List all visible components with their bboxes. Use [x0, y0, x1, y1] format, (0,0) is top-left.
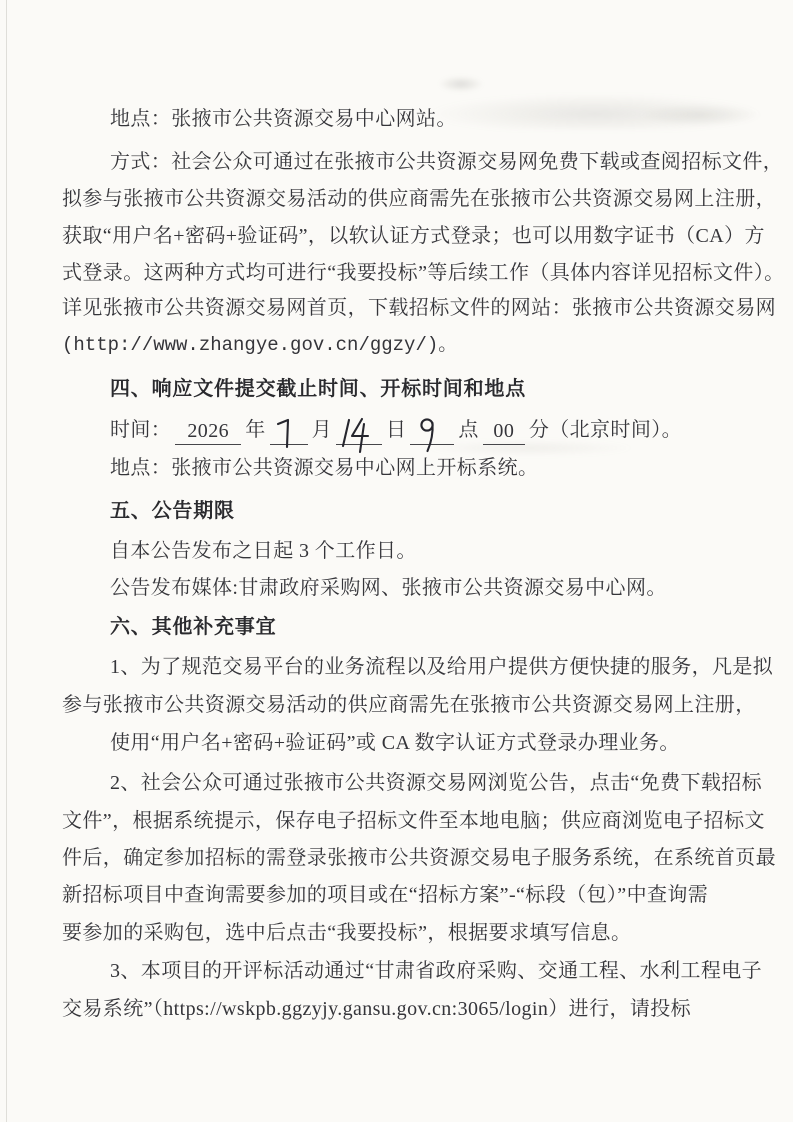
doc-line: 3、本项目的开评标活动通过“甘肃省政府采购、交通工程、水利工程电子	[62, 956, 782, 986]
doc-line: 新招标项目中查询需要参加的项目或在“招标方案”-“标段（包）”中查询需	[62, 880, 734, 910]
doc-line: 件后，确定参加招标的需登录张掖市公共资源交易电子服务系统，在系统首页最	[62, 843, 734, 873]
doc-line: 式登录。这两种方式均可进行“我要投标”等后续工作（具体内容详见招标文件）。	[62, 258, 734, 288]
doc-line: 获取“用户名+密码+验证码”，以软认证方式登录；也可以用数字证书（CA）方	[62, 221, 734, 251]
section-heading-6: 六、其他补充事宜	[62, 612, 782, 642]
doc-line: 参与张掖市公共资源交易活动的供应商需先在张掖市公共资源交易网上注册，	[62, 690, 734, 720]
doc-line: 交易系统”（https://wskpb.ggzyjy.gansu.gov.cn:…	[62, 994, 734, 1024]
doc-line: 文件”，根据系统提示，保存电子招标文件至本地电脑；供应商浏览电子招标文	[62, 806, 734, 836]
day-field-handwritten	[336, 418, 382, 445]
day-unit: 日	[386, 419, 406, 441]
doc-line-url: (http://www.zhangye.gov.cn/ggzy/)。	[62, 330, 734, 360]
doc-line: 自本公告发布之日起 3 个工作日。	[62, 536, 782, 566]
section-heading-5: 五、公告期限	[62, 496, 782, 526]
scanned-document-page: 地点：张掖市公共资源交易中心网站。 方式：社会公众可通过在张掖市公共资源交易网免…	[0, 0, 793, 1122]
doc-line: 使用“用户名+密码+验证码”或 CA 数字认证方式登录办理业务。	[62, 728, 782, 758]
time-line: 时间：2026年 月 日 点00分（北京时间）。	[62, 415, 782, 445]
doc-line: 拟参与张掖市公共资源交易活动的供应商需先在张掖市公共资源交易网上注册，	[62, 184, 734, 214]
time-tail: 分（北京时间）。	[529, 419, 682, 441]
year-field: 2026	[175, 418, 241, 445]
scan-edge-line	[6, 0, 7, 1122]
doc-line: 地点：张掖市公共资源交易中心网上开标系统。	[62, 453, 782, 483]
doc-line: 1、为了规范交易平台的业务流程以及给用户提供方便快捷的服务，凡是拟	[62, 652, 782, 682]
doc-line: 方式：社会公众可通过在张掖市公共资源交易网免费下载或查阅招标文件，	[62, 147, 782, 177]
doc-line: 要参加的采购包，选中后点击“我要投标”，根据要求填写信息。	[62, 918, 734, 948]
time-label: 时间：	[110, 419, 171, 441]
section-heading-4: 四、响应文件提交截止时间、开标时间和地点	[62, 374, 782, 404]
handwritten-day-digits	[340, 415, 376, 455]
month-field-handwritten	[270, 418, 308, 445]
doc-line: 地点：张掖市公共资源交易中心网站。	[62, 104, 782, 134]
month-unit: 月	[312, 419, 332, 441]
hour-field-handwritten	[410, 418, 454, 445]
hour-unit: 点	[458, 419, 478, 441]
minute-field: 00	[483, 418, 525, 445]
handwritten-month-digit	[274, 415, 304, 453]
doc-line: 公告发布媒体:甘肃政府采购网、张掖市公共资源交易中心网。	[62, 573, 782, 603]
doc-line: 详见张掖市公共资源交易网首页，下载招标文件的网站：张掖市公共资源交易网	[62, 293, 734, 323]
doc-line: 2、社会公众可通过张掖市公共资源交易网浏览公告，点击“免费下载招标	[62, 768, 782, 798]
handwritten-hour-digit	[414, 415, 444, 457]
year-unit: 年	[245, 419, 265, 441]
scan-smudge	[438, 76, 484, 92]
